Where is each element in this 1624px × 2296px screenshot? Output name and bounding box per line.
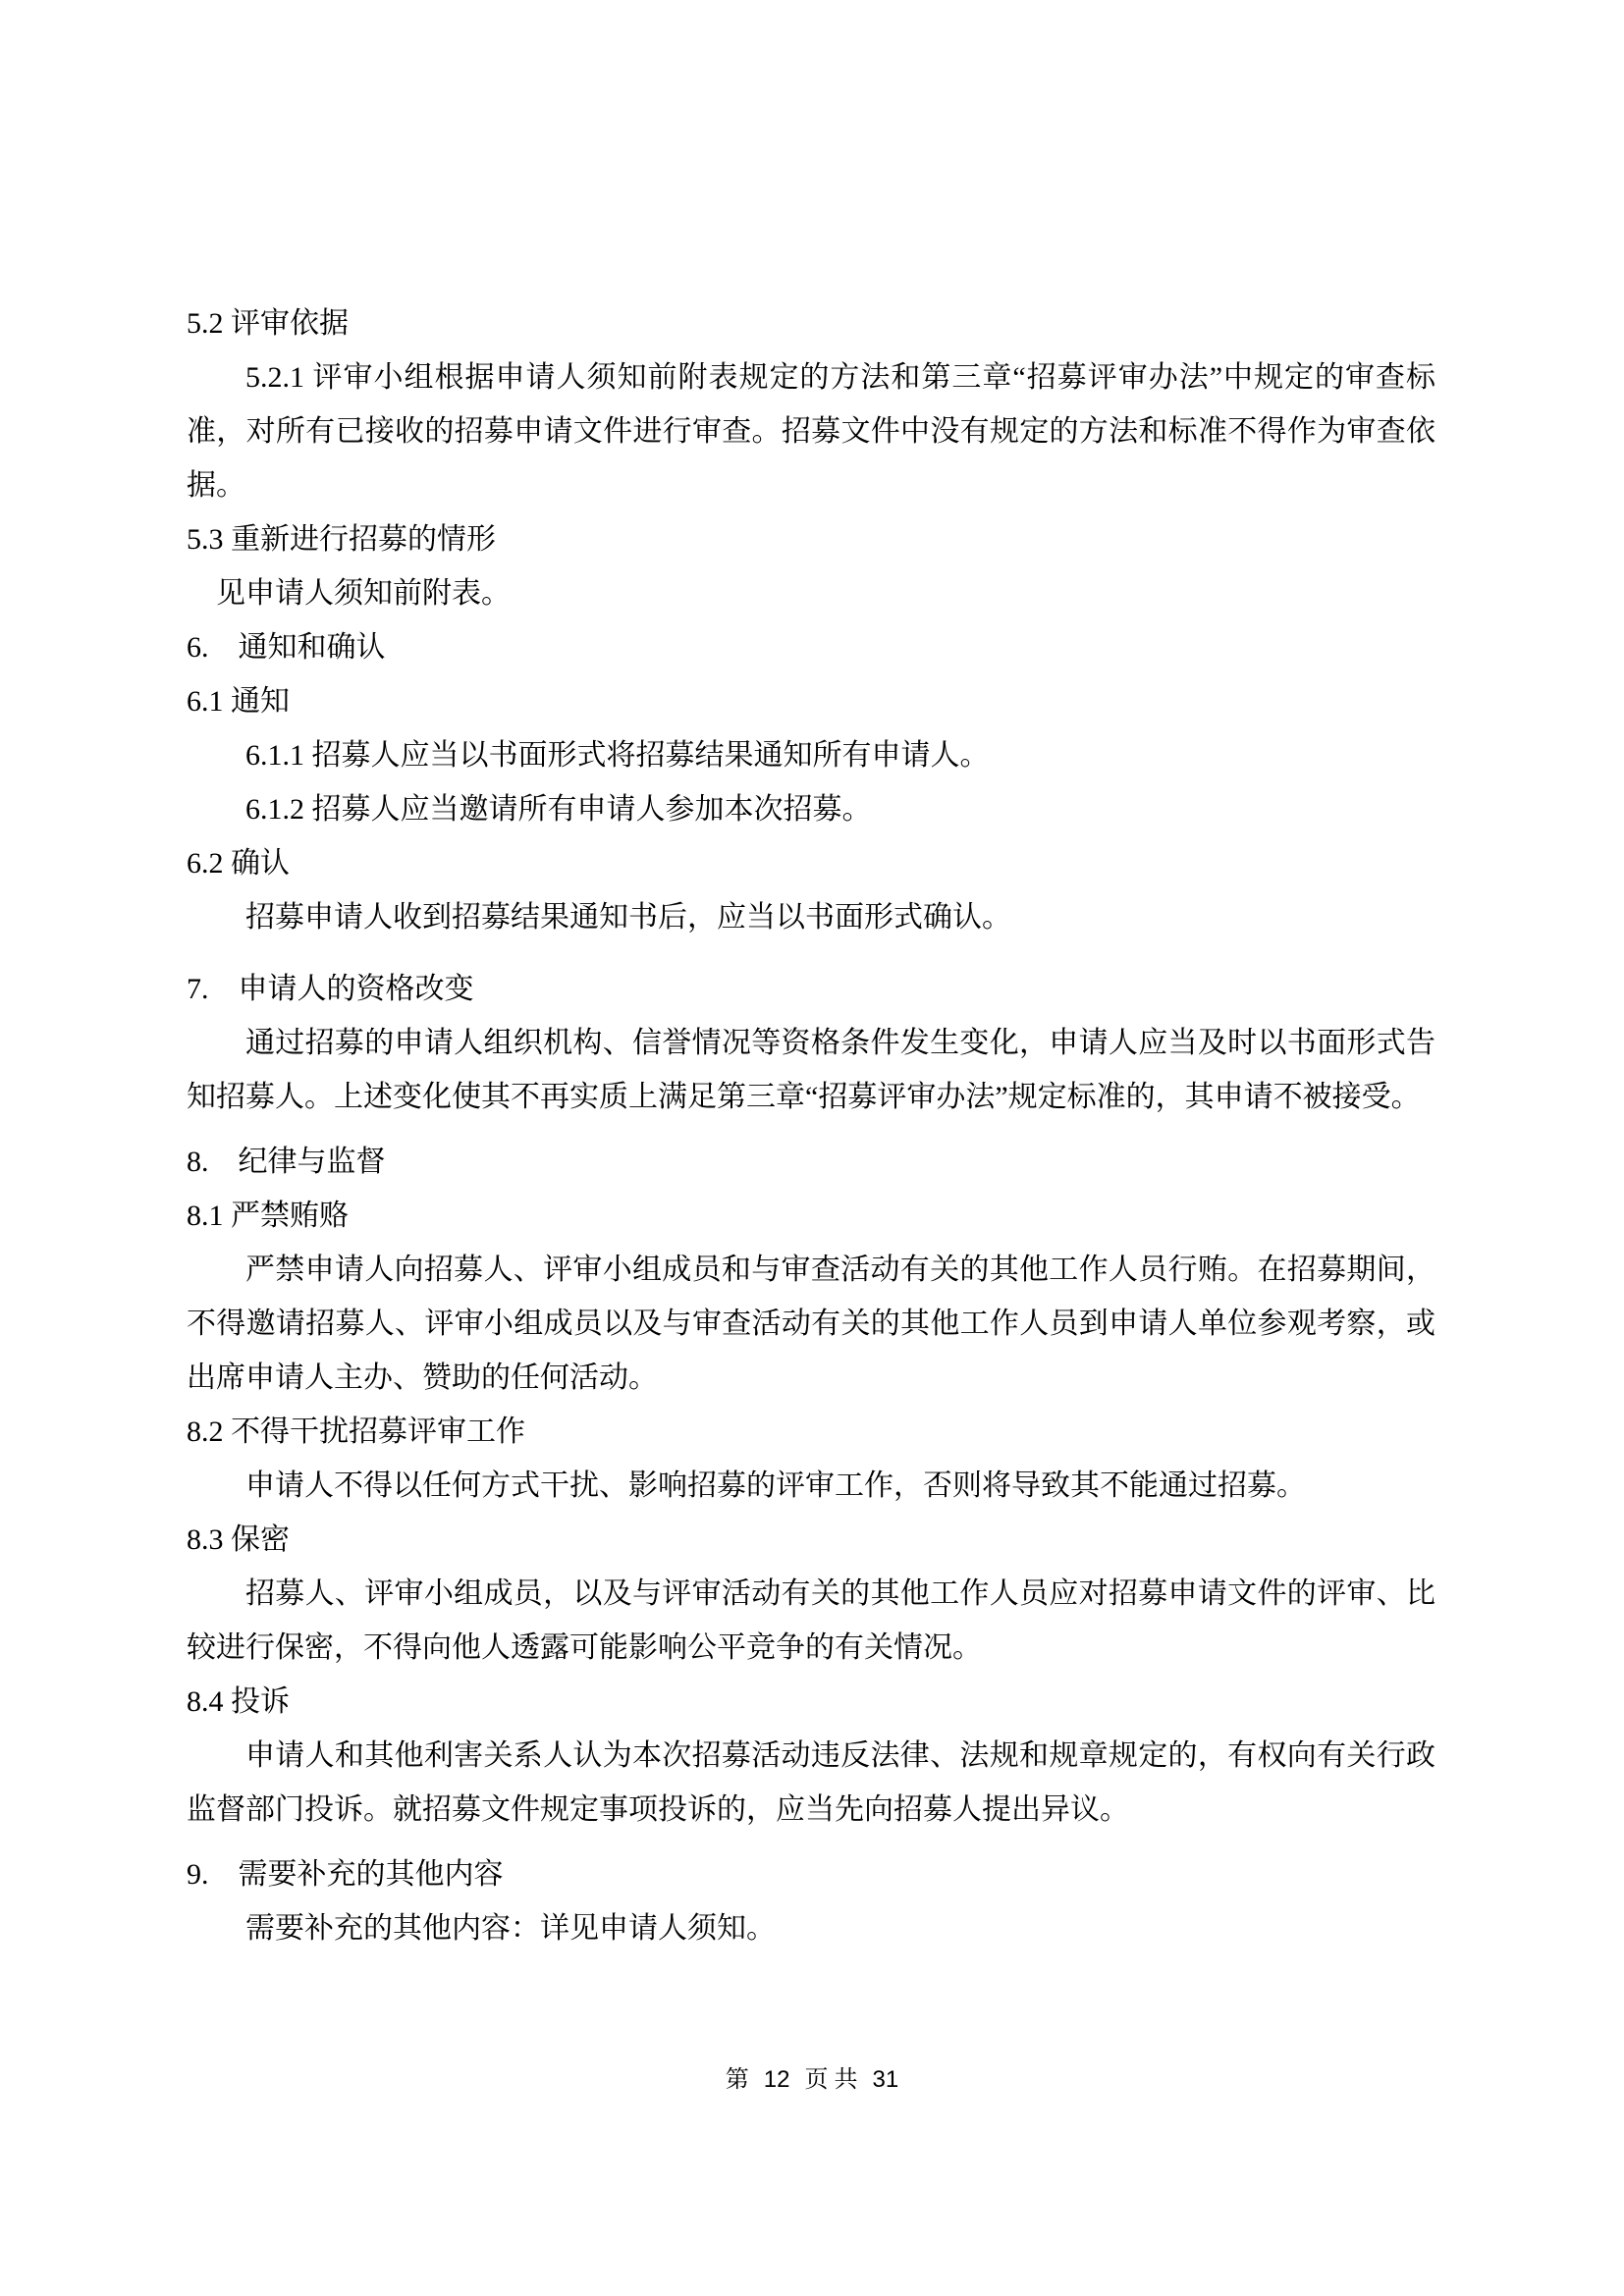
paragraph-7: 通过招募的申请人组织机构、信誉情况等资格条件发生变化，申请人应当及时以书面形式告… (187, 1016, 1435, 1124)
heading-8-2: 8.2 不得干扰招募评审工作 (187, 1405, 1435, 1459)
heading-6-1: 6.1 通知 (187, 674, 1435, 728)
paragraph-5-2-1: 5.2.1 评审小组根据申请人须知前附表规定的方法和第三章“招募评审办法”中规定… (187, 350, 1435, 512)
paragraph-6-2: 招募申请人收到招募结果通知书后，应当以书面形式确认。 (187, 890, 1435, 944)
total-pages: 31 (873, 2066, 899, 2093)
heading-5-2: 5.2 评审依据 (187, 296, 1435, 350)
paragraph-6-1-1: 6.1.1 招募人应当以书面形式将招募结果通知所有申请人。 (187, 728, 1435, 782)
paragraph-8-3: 招募人、评审小组成员，以及与评审活动有关的其他工作人员应对招募申请文件的评审、比… (187, 1567, 1435, 1675)
heading-9: 9. 需要补充的其他内容 (187, 1847, 1435, 1901)
page-footer: 第 12 页 共 31 (0, 2064, 1624, 2096)
paragraph-9: 需要补充的其他内容：详见申请人须知。 (187, 1901, 1435, 1955)
paragraph-8-2: 申请人不得以任何方式干扰、影响招募的评审工作，否则将导致其不能通过招募。 (187, 1459, 1435, 1513)
document-page: { "doc": { "blocks": [ { "text": "5.2 评审… (0, 0, 1624, 2296)
heading-8: 8. 纪律与监督 (187, 1135, 1435, 1189)
heading-7: 7. 申请人的资格改变 (187, 962, 1435, 1016)
paragraph-8-1: 严禁申请人向招募人、评审小组成员和与审查活动有关的其他工作人员行贿。在招募期间，… (187, 1243, 1435, 1405)
heading-8-4: 8.4 投诉 (187, 1675, 1435, 1729)
page-number: 12 (764, 2066, 790, 2093)
heading-8-3: 8.3 保密 (187, 1513, 1435, 1567)
footer-label-of: 页 共 (805, 2067, 858, 2093)
footer-label-page: 第 (726, 2067, 749, 2093)
paragraph-6-1-2: 6.1.2 招募人应当邀请所有申请人参加本次招募。 (187, 782, 1435, 836)
paragraph-8-4: 申请人和其他利害关系人认为本次招募活动违反法律、法规和规章规定的，有权向有关行政… (187, 1729, 1435, 1837)
paragraph-5-3: 见申请人须知前附表。 (187, 566, 1435, 620)
heading-5-3: 5.3 重新进行招募的情形 (187, 512, 1435, 566)
heading-8-1: 8.1 严禁贿赂 (187, 1189, 1435, 1243)
document-body: 5.2 评审依据 5.2.1 评审小组根据申请人须知前附表规定的方法和第三章“招… (187, 296, 1435, 1955)
page-background: 5.2 评审依据 5.2.1 评审小组根据申请人须知前附表规定的方法和第三章“招… (0, 0, 1624, 2296)
heading-6-2: 6.2 确认 (187, 836, 1435, 890)
heading-6: 6. 通知和确认 (187, 620, 1435, 674)
